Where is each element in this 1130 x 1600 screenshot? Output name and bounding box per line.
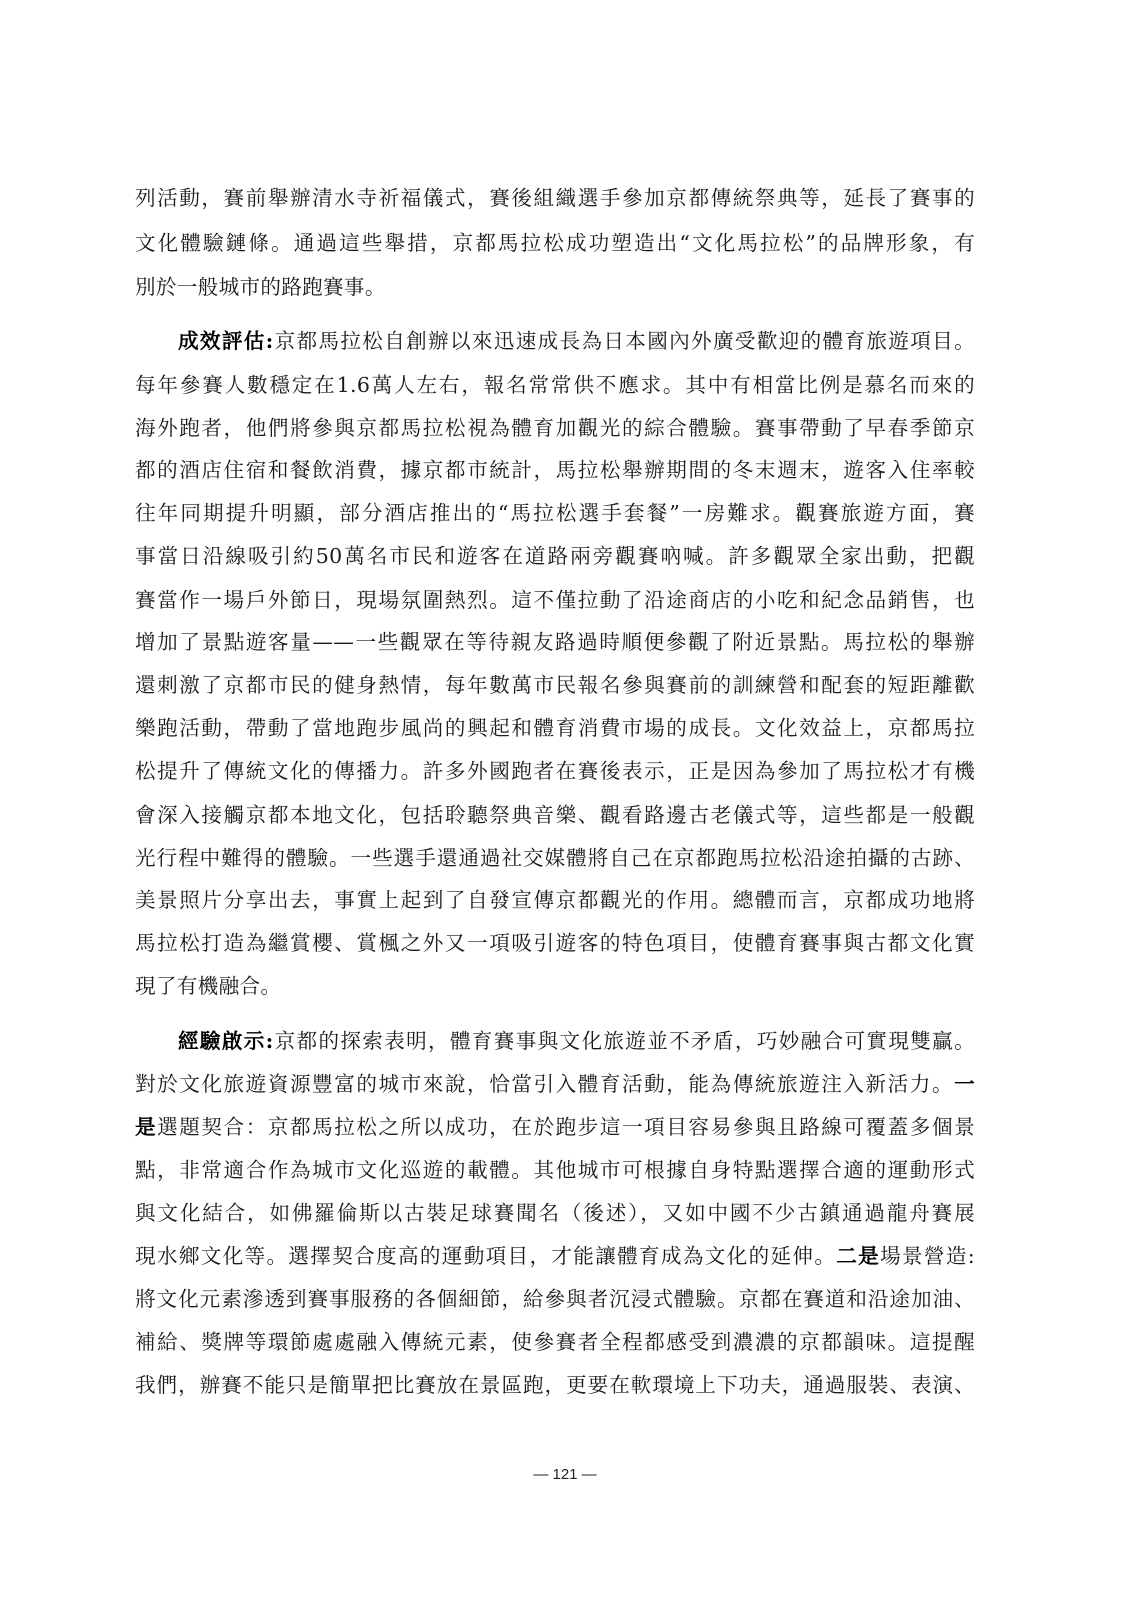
bold-run: 二是 (836, 1244, 880, 1268)
text-line: 別於一般城市的路跑賽事。 (135, 272, 975, 302)
text-line: 我們，辦賽不能只是簡單把比賽放在景區跑，更要在軟環境上下功夫，通過服裝、表演、 (135, 1370, 975, 1400)
document-page: 列活動，賽前舉辦清水寺祈福儀式，賽後組織選手參加京都傳統祭典等，延長了賽事的 文… (0, 0, 1130, 1600)
text-line: 與文化結合，如佛羅倫斯以古裝足球賽聞名（後述），又如中國不少古鎮通過龍舟賽展 (135, 1198, 975, 1228)
text-line: 現水鄉文化等。選擇契合度高的運動項目，才能讓體育成為文化的延伸。二是場景營造: (135, 1241, 975, 1271)
text-line: 將文化元素滲透到賽事服務的各個細節，給參與者沉浸式體驗。京都在賽道和沿途加油、 (135, 1284, 975, 1314)
text-run: 場景營造: (880, 1244, 975, 1268)
text-line: 現了有機融合。 (135, 971, 975, 1001)
text-line: 往年同期提升明顯，部分酒店推出的“馬拉松選手套餐”一房難求。觀賽旅遊方面，賽 (135, 498, 975, 528)
text-run: 京都的探索表明，體育賽事與文化旅遊並不矛盾，巧妙融合可實現雙贏。 (274, 1029, 975, 1053)
text-run: 現水鄉文化等。選擇契合度高的運動項目，才能讓體育成為文化的延伸。 (135, 1244, 836, 1268)
bold-run: 是 (135, 1115, 157, 1139)
text-line: 海外跑者，他們將參與京都馬拉松視為體育加觀光的綜合體驗。賽事帶動了早春季節京 (135, 413, 975, 443)
text-line: 是選題契合：京都馬拉松之所以成功，在於跑步這一項目容易參與且路線可覆蓋多個景 (135, 1112, 975, 1142)
bold-run: 一 (954, 1072, 975, 1096)
text-line: 對於文化旅遊資源豐富的城市來說，恰當引入體育活動，能為傳統旅遊注入新活力。一 (135, 1069, 975, 1099)
text-run: 選題契合：京都馬拉松之所以成功，在於跑步這一項目容易參與且路線可覆蓋多個景 (157, 1115, 975, 1139)
text-line: 馬拉松打造為繼賞櫻、賞楓之外又一項吸引遊客的特色項目，使體育賽事與古都文化實 (135, 928, 975, 958)
text-line: 點，非常適合作為城市文化巡遊的載體。其他城市可根據自身特點選擇合適的運動形式 (135, 1155, 975, 1185)
page-number: — 121 — (0, 1466, 1130, 1483)
text-line: 都的酒店住宿和餐飲消費，據京都市統計，馬拉松舉辦期間的冬末週末，遊客入住率較 (135, 455, 975, 485)
text-line: 文化體驗鏈條。通過這些舉措，京都馬拉松成功塑造出“文化馬拉松”的品牌形象，有 (135, 228, 975, 258)
text-line: 每年參賽人數穩定在1.6萬人左右，報名常常供不應求。其中有相當比例是慕名而來的 (135, 370, 975, 400)
text-line: 賽當作一場戶外節日，現場氛圍熱烈。這不僅拉動了沿途商店的小吃和紀念品銷售，也 (135, 585, 975, 615)
text-line: 補給、獎牌等環節處處融入傳統元素，使參賽者全程都感受到濃濃的京都韻味。這提醒 (135, 1327, 975, 1357)
section-heading-lessons: 經驗啟示: (178, 1029, 274, 1053)
text-line: 列活動，賽前舉辦清水寺祈福儀式，賽後組織選手參加京都傳統祭典等，延長了賽事的 (135, 183, 975, 213)
section-heading-effect-evaluation: 成效評估: (178, 329, 274, 353)
text-line: 美景照片分享出去，事實上起到了自發宣傳京都觀光的作用。總體而言，京都成功地將 (135, 885, 975, 915)
text-line: 還刺激了京都市民的健身熱情，每年數萬市民報名參與賽前的訓練營和配套的短距離歡 (135, 670, 975, 700)
text-line: 樂跑活動，帶動了當地跑步風尚的興起和體育消費市場的成長。文化效益上，京都馬拉 (135, 713, 975, 743)
paragraph-first-line: 成效評估:京都馬拉松自創辦以來迅速成長為日本國內外廣受歡迎的體育旅遊項目。 (178, 326, 975, 356)
text-line: 松提升了傳統文化的傳播力。許多外國跑者在賽後表示，正是因為參加了馬拉松才有機 (135, 756, 975, 786)
text-line: 事當日沿線吸引約50萬名市民和遊客在道路兩旁觀賽吶喊。許多觀眾全家出動，把觀 (135, 541, 975, 571)
text-run: 對於文化旅遊資源豐富的城市來說，恰當引入體育活動，能為傳統旅遊注入新活力。 (135, 1072, 954, 1096)
text-line: 會深入接觸京都本地文化，包括聆聽祭典音樂、觀看路邊古老儀式等，這些都是一般觀 (135, 800, 975, 830)
text-run: 京都馬拉松自創辦以來迅速成長為日本國內外廣受歡迎的體育旅遊項目。 (274, 329, 975, 353)
paragraph-first-line: 經驗啟示:京都的探索表明，體育賽事與文化旅遊並不矛盾，巧妙融合可實現雙贏。 (178, 1026, 975, 1056)
text-line: 光行程中難得的體驗。一些選手還通過社交媒體將自己在京都跑馬拉松沿途拍攝的古跡、 (135, 843, 975, 873)
text-line: 增加了景點遊客量——一些觀眾在等待親友路過時順便參觀了附近景點。馬拉松的舉辦 (135, 627, 975, 657)
